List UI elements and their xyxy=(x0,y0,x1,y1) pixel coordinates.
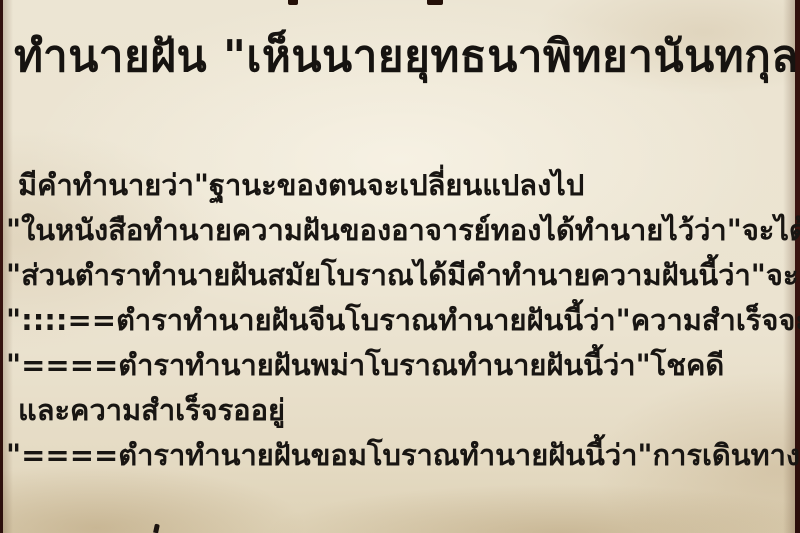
interpretation-line: และความสำเร็จรออยู่ xyxy=(6,388,800,433)
interpretation-line: มีคำทำนายว่า"ฐานะของตนจะเปลี่ยนแปลงไป xyxy=(6,163,800,208)
interpretation-line: "ในหนังสือทำนายความฝันของอาจารย์ทองได้ทำ… xyxy=(6,208,800,253)
interpretation-text-block: มีคำทำนายว่า"ฐานะของตนจะเปลี่ยนแปลงไป "ใ… xyxy=(6,163,800,478)
dream-interpretation-page: { "content": { "title": "ทำนายฝัน \"เห็น… xyxy=(0,0,800,533)
interpretation-line: "====ตำราทำนายฝันขอมโบราณทำนายฝันนี้ว่า"… xyxy=(6,433,800,478)
interpretation-line: "ส่วนตำราทำนายฝันสมัยโบราณได้มีคำทำนายคว… xyxy=(6,253,800,298)
page-title: ทำนายฝัน "เห็นนายยุทธนาพิทยานันทกุลอั xyxy=(14,18,800,96)
interpretation-line: "::::==ตำราทำนายฝันจีนโบราณทำนายฝันนี้ว่… xyxy=(6,298,800,343)
interpretation-line: "====ตำราทำนายฝันพม่าโบราณทำนายฝันนี้ว่า… xyxy=(6,343,800,388)
top-edge-text-artifact xyxy=(427,0,443,5)
bottom-cropped-line-artifact xyxy=(153,524,160,533)
top-edge-text-artifact xyxy=(288,0,298,5)
